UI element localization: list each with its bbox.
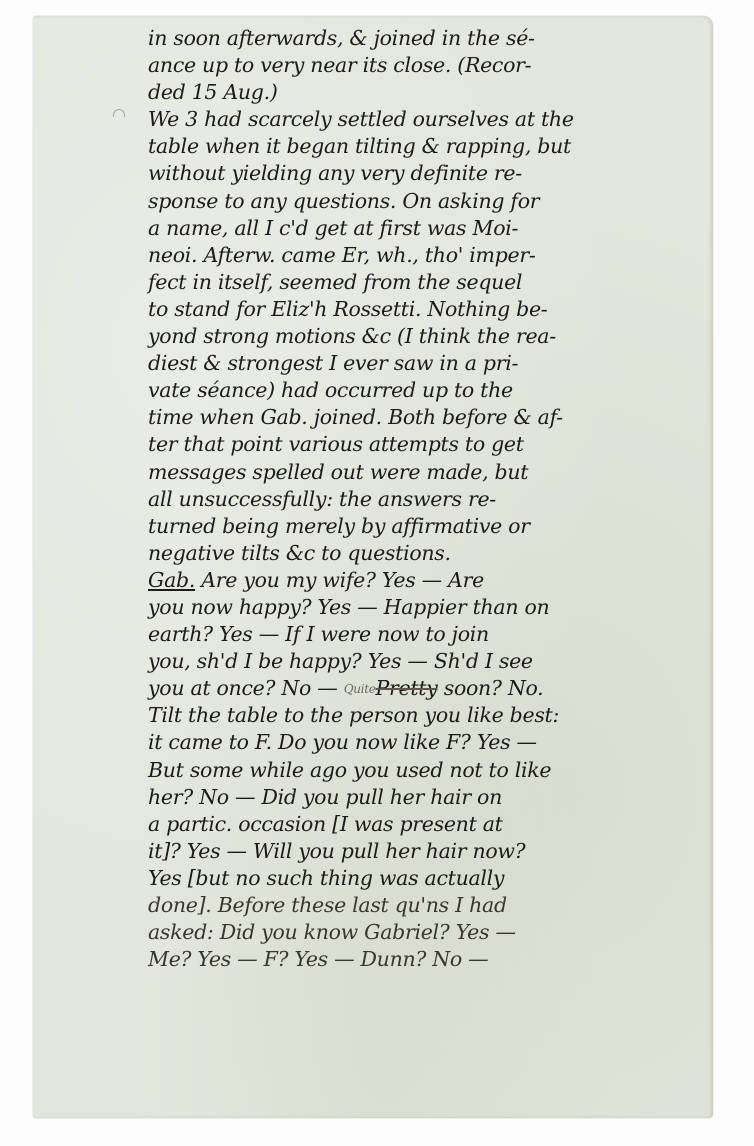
- text-line: But some while ago you used not to like: [148, 757, 708, 784]
- text-line: neoi. Afterw. came Er, wh., tho' imper-: [148, 242, 708, 269]
- text-line: fect in itself, seemed from the sequel: [148, 269, 708, 296]
- text-line: done]. Before these last qu'ns I had: [148, 892, 708, 919]
- text-line: ded 15 Aug.): [148, 79, 708, 106]
- pencil-insertion: Quite: [344, 682, 376, 696]
- text-line: sponse to any questions. On asking for: [148, 188, 708, 215]
- text-line: a name, all I c'd get at first was Moi-: [148, 215, 708, 242]
- line-rest: Are you my wife? Yes — Are: [195, 568, 484, 592]
- margin-mark-icon: [113, 109, 125, 117]
- text-line: Tilt the table to the person you like be…: [148, 702, 708, 729]
- text-line: you, sh'd I be happy? Yes — Sh'd I see: [148, 648, 708, 675]
- text-line: We 3 had scarcely settled ourselves at t…: [148, 106, 708, 133]
- text-line: turned being merely by affirmative or: [148, 513, 708, 540]
- text-line: it came to F. Do you now like F? Yes —: [148, 729, 708, 756]
- text-line: negative tilts &c to questions.: [148, 540, 708, 567]
- text-line-with-correction: you at once? No — QuitePretty soon? No.: [148, 675, 708, 702]
- text-line: you now happy? Yes — Happier than on: [148, 594, 708, 621]
- text-line: it]? Yes — Will you pull her hair now?: [148, 838, 708, 865]
- text-line: Yes [but no such thing was actually: [148, 865, 708, 892]
- text-line: earth? Yes — If I were now to join: [148, 621, 708, 648]
- text-line: to stand for Eliz'h Rossetti. Nothing be…: [148, 296, 708, 323]
- text-line: diest & strongest I ever saw in a pri-: [148, 350, 708, 377]
- text-line: in soon afterwards, & joined in the sé-: [148, 25, 708, 52]
- text-line: messages spelled out were made, but: [148, 459, 708, 486]
- underlined-speaker: Gab.: [148, 568, 195, 592]
- line-before: you at once? No —: [148, 676, 344, 700]
- text-line: yond strong motions &c (I think the rea-: [148, 323, 708, 350]
- text-line: without yielding any very definite re-: [148, 160, 708, 187]
- handwritten-text-body: in soon afterwards, & joined in the sé- …: [148, 25, 708, 973]
- text-line: vate séance) had occurred up to the: [148, 377, 708, 404]
- text-line: Me? Yes — F? Yes — Dunn? No —: [148, 946, 708, 973]
- line-after: soon? No.: [438, 676, 544, 700]
- struck-word: Pretty: [376, 676, 438, 700]
- text-line: her? No — Did you pull her hair on: [148, 784, 708, 811]
- text-line: a partic. occasion [I was present at: [148, 811, 708, 838]
- text-line: ance up to very near its close. (Recor-: [148, 52, 708, 79]
- text-line-gab-question: Gab. Are you my wife? Yes — Are: [148, 567, 708, 594]
- text-line: all unsuccessfully: the answers re-: [148, 486, 708, 513]
- text-line: ter that point various attempts to get: [148, 431, 708, 458]
- text-line: asked: Did you know Gabriel? Yes —: [148, 919, 708, 946]
- text-line: table when it began tilting & rapping, b…: [148, 133, 708, 160]
- text-line: time when Gab. joined. Both before & af-: [148, 404, 708, 431]
